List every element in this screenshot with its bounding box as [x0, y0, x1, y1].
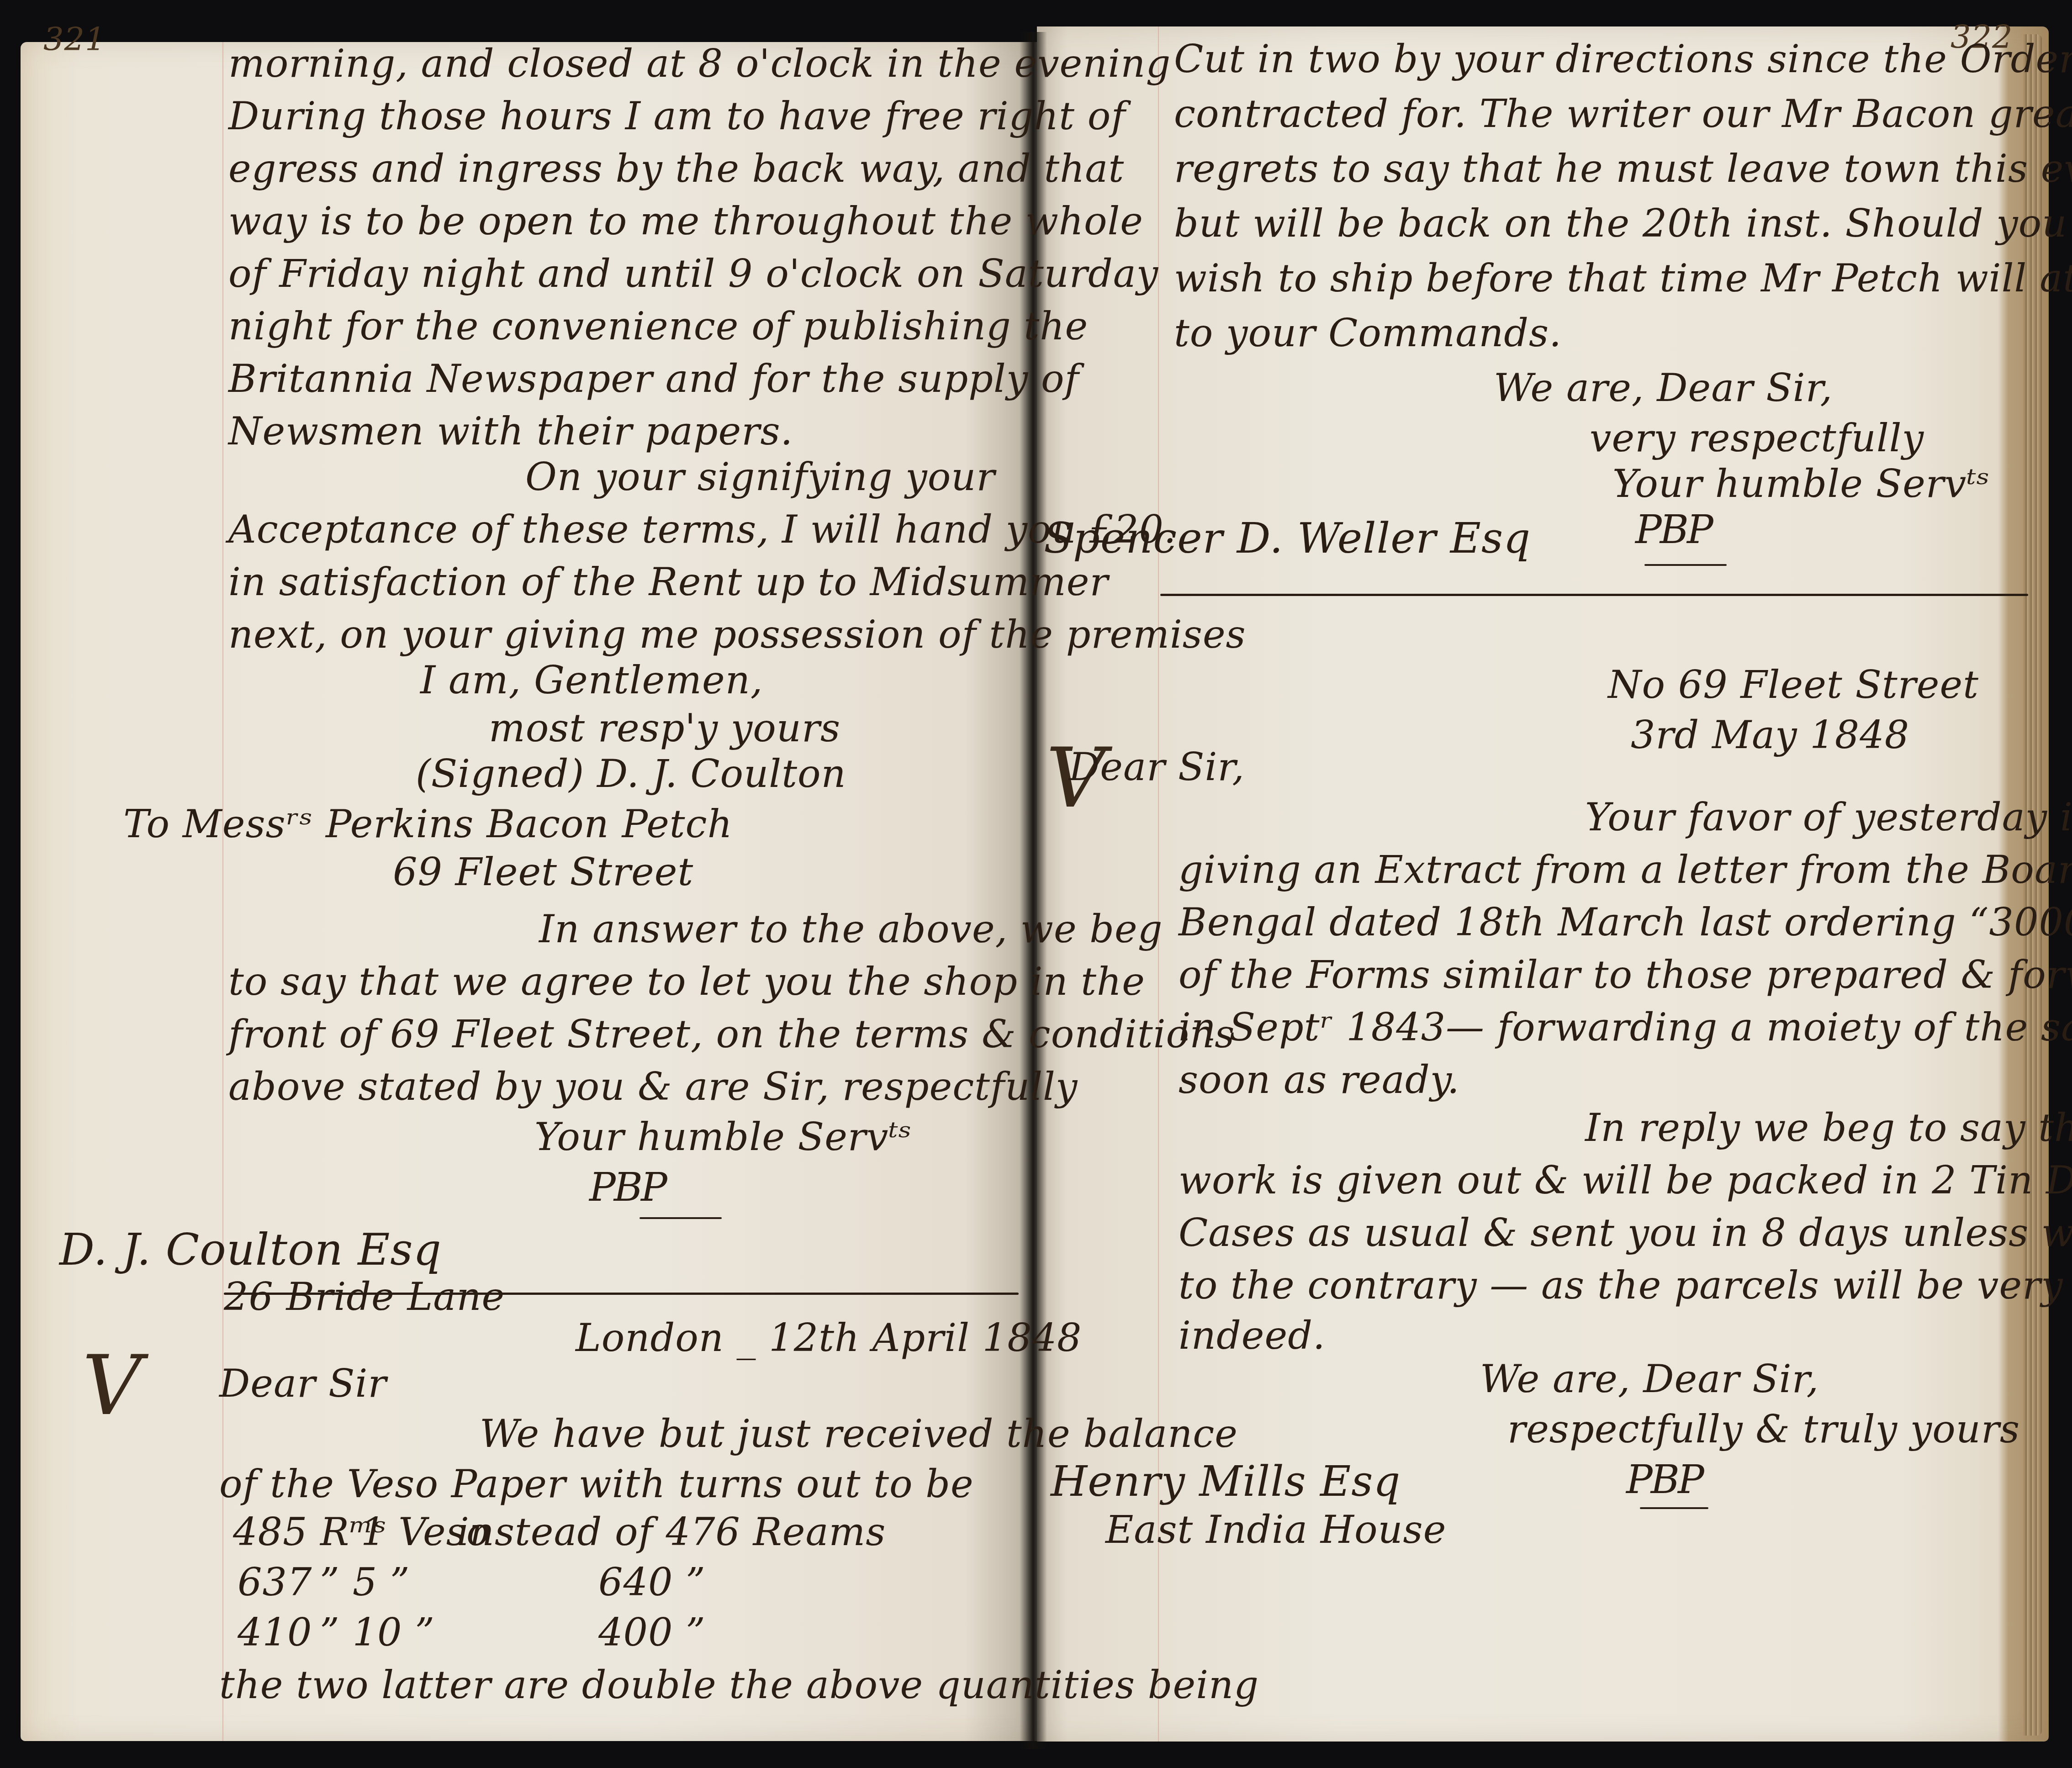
- recipient-address: East India House: [1105, 1507, 1446, 1552]
- letter-line: in Septʳ 1843— forwarding a moiety of th…: [1179, 1005, 2072, 1050]
- letter-line: to your Commands.: [1174, 311, 1562, 355]
- closing-valediction: very respectfully: [1590, 416, 1924, 460]
- letter-line: soon as ready.: [1179, 1057, 1460, 1102]
- recipient-name: D. J. Coulton Esq: [59, 1224, 442, 1275]
- table-row-desc: ” 5 ”: [320, 1560, 410, 1604]
- closing-serv: Your humble Servᵗˢ: [1612, 461, 1990, 506]
- place-date: London _ 12th April 1848: [576, 1315, 1082, 1360]
- reply-line: to the contrary — as the parcels will be…: [1179, 1263, 2072, 1308]
- open-ledger-book: 321 morning, and closed at 8 o'clock in …: [0, 0, 2072, 1768]
- letter-line: wish to ship before that time Mr Petch w…: [1174, 256, 2072, 301]
- letter-line: contracted for. The writer our Mr Bacon …: [1174, 91, 2072, 136]
- letter-line: giving an Extract from a letter from the…: [1179, 847, 2072, 892]
- reply-line: In answer to the above, we beg: [539, 907, 1163, 951]
- signed-line: (Signed) D. J. Coulton: [416, 751, 846, 796]
- closing-valediction: most resp'y yours: [489, 706, 840, 750]
- letter-line: next, on your giving me possession of th…: [228, 612, 1246, 657]
- check-mark-icon: V: [82, 1338, 142, 1434]
- letter-line: the two latter are double the above quan…: [219, 1662, 1259, 1707]
- letter-line: regrets to say that he must leave town t…: [1174, 146, 2072, 191]
- letter-line: Cut in two by your directions since the …: [1174, 37, 2072, 81]
- letter-line: but will be back on the 20th inst. Shoul…: [1174, 201, 2067, 246]
- table-row-instead: instead of 476 Reams: [457, 1509, 886, 1554]
- reply-line: front of 69 Fleet Street, on the terms &…: [228, 1012, 1235, 1056]
- table-row-desc: ” 10 ”: [320, 1610, 435, 1655]
- letter-line: Newsmen with their papers.: [228, 409, 793, 454]
- addressee-street: 69 Fleet Street: [393, 850, 693, 894]
- signature-underline: [1644, 564, 1727, 566]
- letter-line: Your favor of yesterday is at hand: [1585, 795, 2072, 839]
- letter-line: On your signifying your: [525, 454, 995, 499]
- sender-address: No 69 Fleet Street: [1608, 662, 1979, 707]
- reply-line: In reply we beg to say that the: [1585, 1105, 2072, 1150]
- table-row-qty: 410: [238, 1610, 312, 1655]
- section-divider: [224, 1293, 1019, 1295]
- reply-line: to say that we agree to let you the shop…: [228, 959, 1145, 1004]
- letter-line: We have but just received the balance: [480, 1411, 1238, 1456]
- reply-line: above stated by you & are Sir, respectfu…: [228, 1064, 1078, 1109]
- reply-closing: Your humble Servᵗˢ: [534, 1114, 912, 1159]
- closing-salutation: We are, Dear Sir,: [1494, 365, 1833, 410]
- monogram-signature: PBP: [1635, 507, 1712, 553]
- recipient-name: Henry Mills Esq: [1051, 1457, 1401, 1506]
- monogram-signature: PBP: [589, 1165, 666, 1210]
- table-row-instead: 640 ”: [598, 1560, 706, 1604]
- letter-line: night for the convenience of publishing …: [228, 304, 1088, 348]
- salutation: Dear Sir,: [1069, 744, 1245, 789]
- closing-salutation: We are, Dear Sir,: [1480, 1356, 1819, 1401]
- closing-valediction: respectfully & truly yours: [1507, 1407, 2020, 1451]
- page-number-left: 321: [43, 21, 106, 58]
- letter-line: of Friday night and until 9 o'clock on S…: [228, 251, 1158, 296]
- letter-line: of the Forms similar to those prepared &…: [1179, 952, 2072, 997]
- monogram-signature: PBP: [1626, 1457, 1702, 1503]
- letter-line: Britannia Newspaper and for the supply o…: [228, 356, 1079, 401]
- salutation: Dear Sir: [219, 1361, 387, 1406]
- letter-line: in satisfaction of the Rent up to Midsum…: [228, 559, 1109, 604]
- letter-line: of the Veso Paper with turns out to be: [219, 1462, 974, 1506]
- reply-line: work is given out & will be packed in 2 …: [1179, 1158, 2072, 1203]
- addressee-line: To Messʳˢ Perkins Bacon Petch: [123, 802, 733, 846]
- letter-line: Acceptance of these terms, I will hand y…: [228, 507, 1177, 552]
- signature-underline: [640, 1217, 722, 1219]
- recipient-name: Spencer D. Weller Esq: [1044, 514, 1531, 563]
- letter-line: Bengal dated 18th March last ordering “3…: [1179, 900, 2072, 945]
- table-row-instead: 400 ”: [598, 1610, 706, 1655]
- letter-line: way is to be open to me throughout the w…: [228, 199, 1143, 243]
- recipient-address: 26 Bride Lane: [224, 1274, 505, 1319]
- closing-salutation: I am, Gentlemen,: [420, 658, 763, 702]
- letter-line: During those hours I am to have free rig…: [228, 94, 1126, 138]
- section-divider: [1160, 594, 2028, 596]
- letter-date: 3rd May 1848: [1631, 712, 1909, 757]
- reply-line: Cases as usual & sent you in 8 days unle…: [1179, 1210, 2072, 1255]
- letter-line: egress and ingress by the back way, and …: [228, 146, 1124, 191]
- signature-underline: [1640, 1507, 1708, 1509]
- reply-line: indeed.: [1179, 1313, 1326, 1358]
- table-row-qty: 637: [238, 1560, 312, 1604]
- letter-line: morning, and closed at 8 o'clock in the …: [228, 41, 1171, 86]
